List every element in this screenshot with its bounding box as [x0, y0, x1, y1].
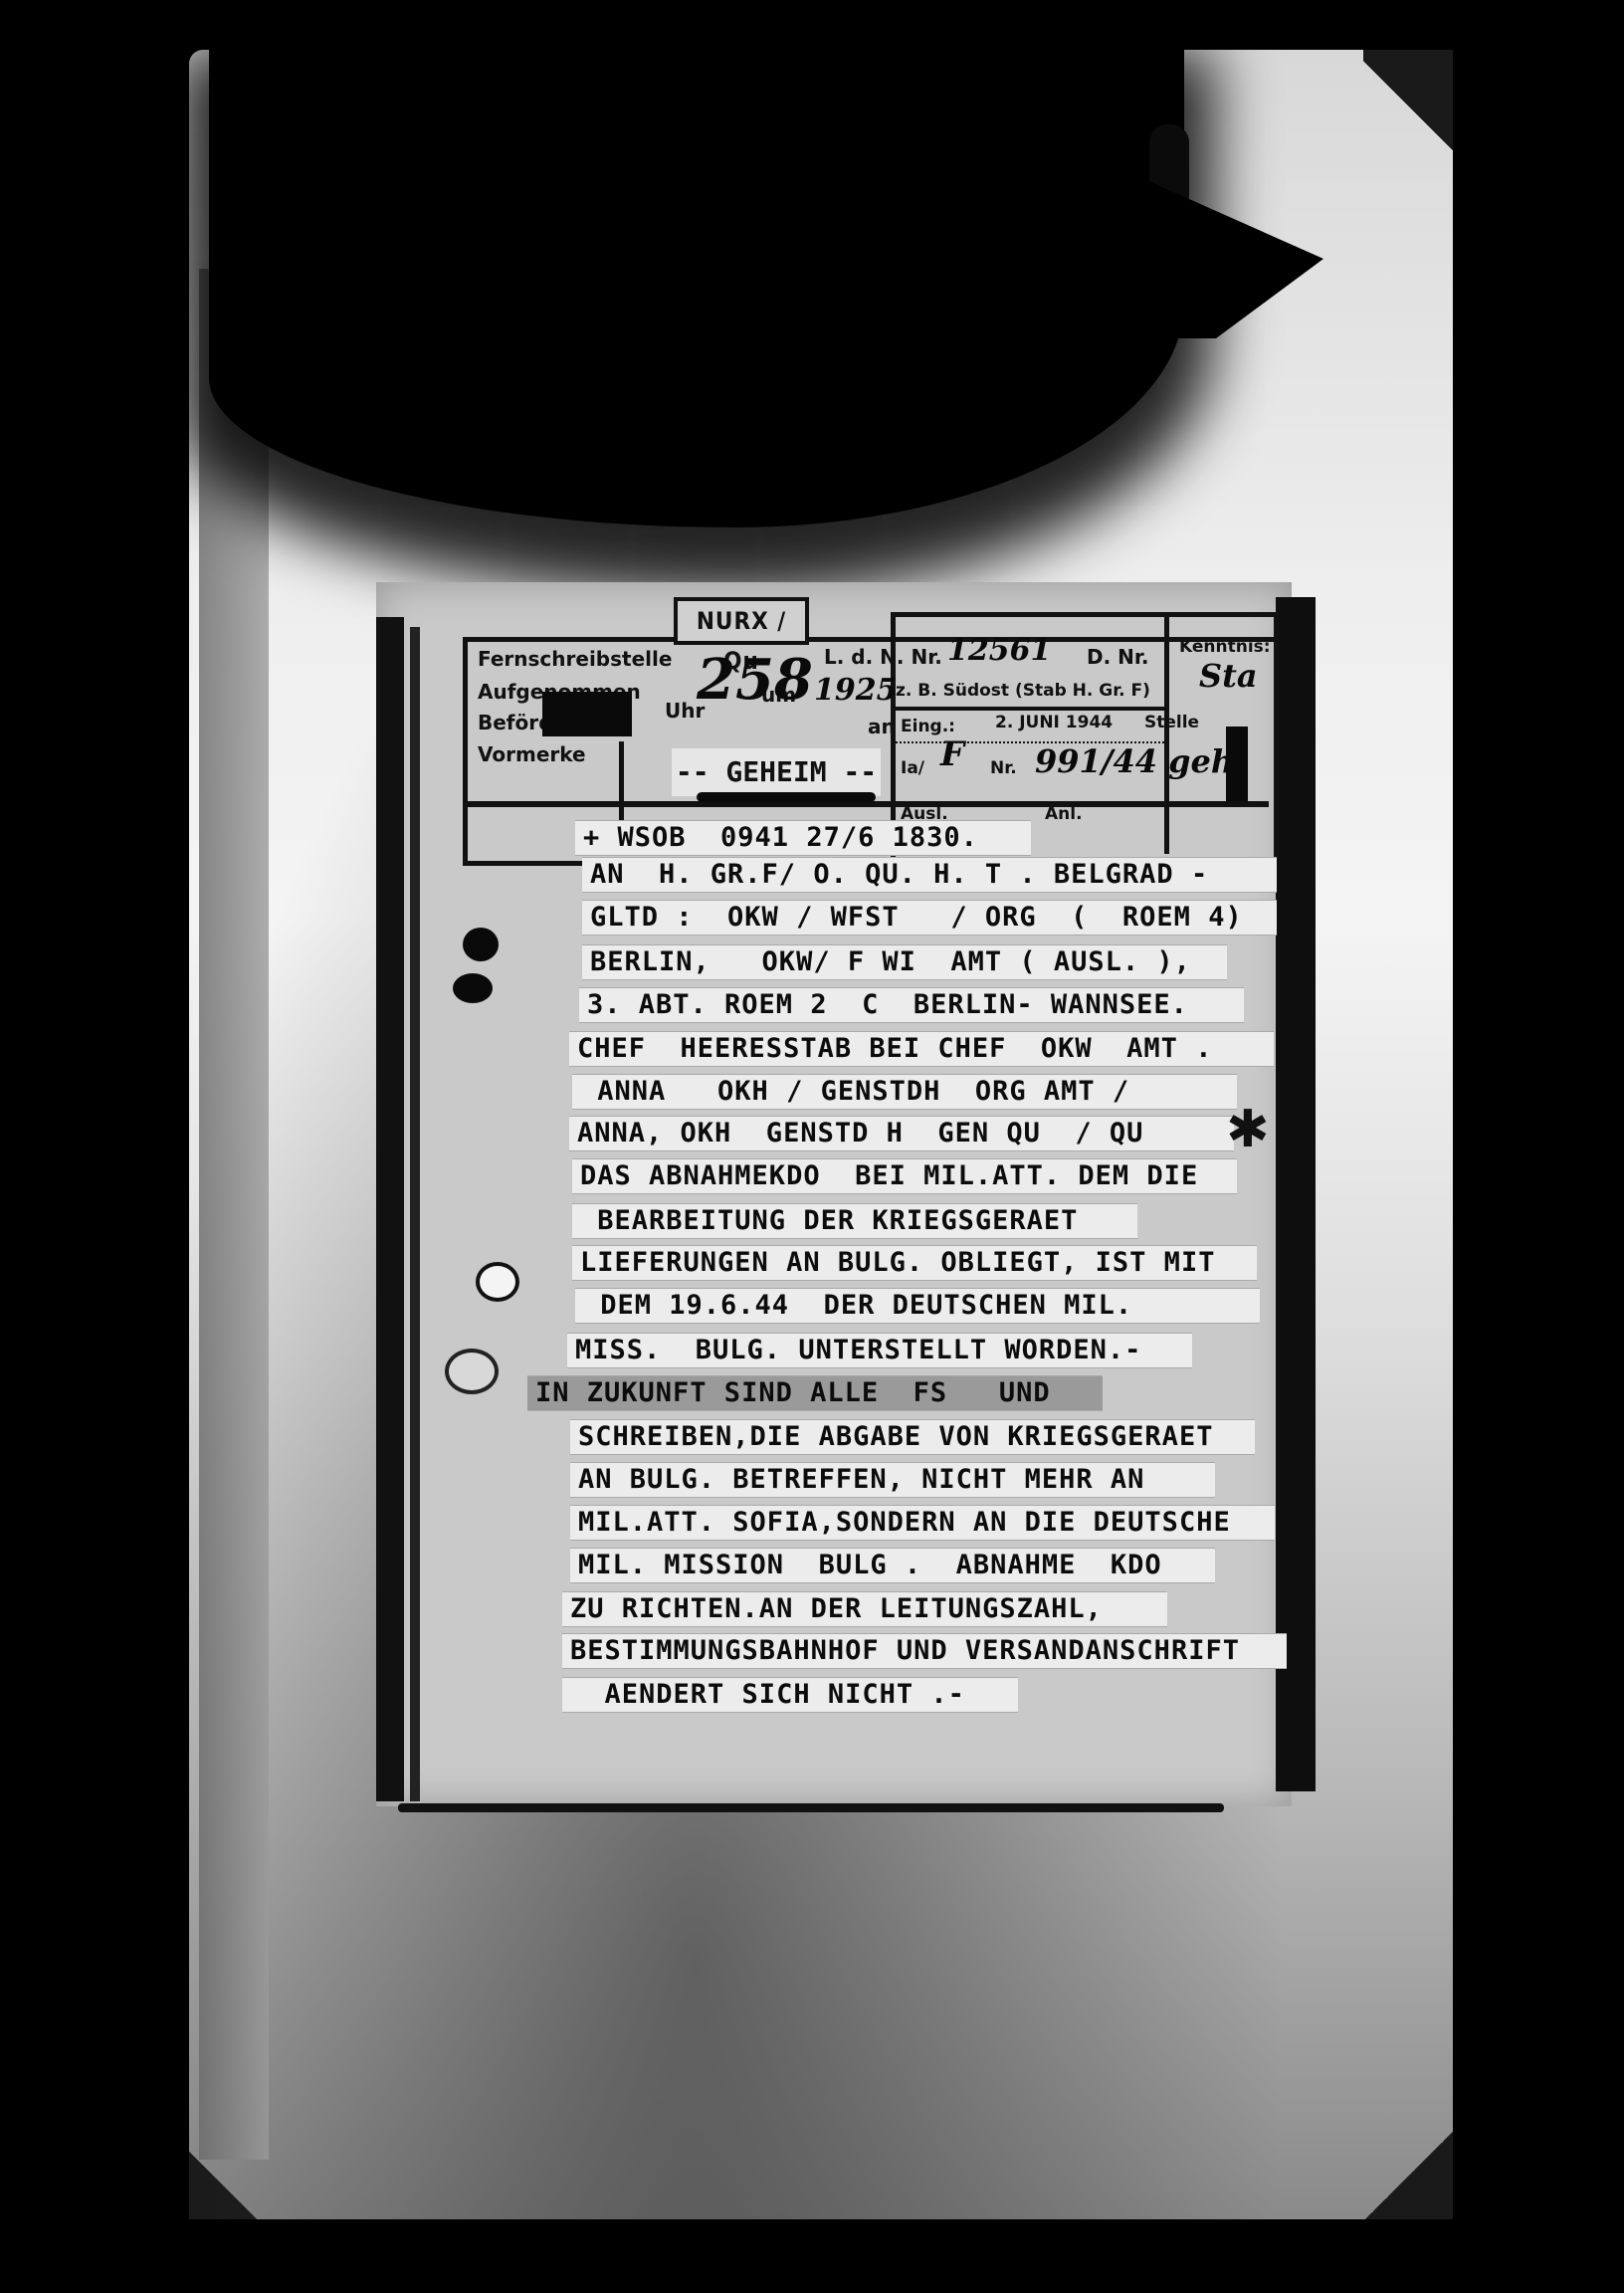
- message-line: SCHREIBEN,DIE ABGABE VON KRIEGSGERAET: [570, 1420, 1255, 1454]
- label-ia: Ia/: [901, 758, 924, 778]
- asterisk-mark: ✱: [1226, 1100, 1270, 1159]
- folder-corner: [1363, 50, 1453, 249]
- sheet-edge: [1276, 597, 1316, 1791]
- handwritten-ia-ref: F: [940, 734, 964, 774]
- label-ld-n-nr: L. d. N. Nr.: [824, 645, 942, 669]
- message-line: ANNA, OKH GENSTD H GEN QU / QU: [569, 1117, 1234, 1150]
- message-line: MIL.ATT. SOFIA,SONDERN AN DIE DEUTSCHE: [570, 1506, 1275, 1540]
- message-line: ANNA OKH / GENSTDH ORG AMT /: [572, 1075, 1237, 1109]
- message-line: ZU RICHTEN.AN DER LEITUNGSZAHL,: [562, 1592, 1167, 1626]
- label-stelle: Stelle: [1144, 713, 1199, 732]
- hand-shadow: [249, 40, 418, 219]
- underline-mark: [697, 792, 876, 802]
- handwritten-ld-number: 12561: [947, 633, 1051, 668]
- message-line: MISS. BULG. UNTERSTELLT WORDEN.-: [567, 1334, 1192, 1367]
- sheet-edge: [376, 617, 404, 1801]
- punch-hole: [453, 973, 493, 1003]
- stamp-overprint: [542, 692, 632, 736]
- punch-hole: [476, 1262, 519, 1302]
- message-line: GLTD : OKW / WFST / ORG ( ROEM 4): [582, 901, 1277, 935]
- handwritten-time: 1925: [814, 673, 898, 708]
- message-line: LIEFERUNGEN AN BULG. OBLIEGT, IST MIT: [572, 1246, 1257, 1280]
- punch-hole: [463, 928, 499, 961]
- message-line: AN BULG. BETREFFEN, NICHT MEHR AN: [570, 1463, 1215, 1497]
- label-office: Fernschreibstelle: [478, 647, 672, 671]
- message-line: BESTIMMUNGSBAHNHOF UND VERSANDANSCHRIFT: [562, 1634, 1287, 1668]
- handwritten-reference-number: 991/44 geh.: [1035, 742, 1245, 780]
- message-line: + WSOB 0941 27/6 1830.: [575, 821, 1031, 855]
- folder-corner: [1353, 2100, 1453, 2219]
- sheet-bottom-edge: [398, 1803, 1224, 1812]
- ink-mark: [1226, 727, 1248, 804]
- punch-hole-torn: [445, 1349, 499, 1394]
- form-rule: [896, 707, 1164, 711]
- message-line: 3. ABT. ROEM 2 C BERLIN- WANNSEE.: [579, 988, 1244, 1022]
- label-remarks: Vormerke: [478, 742, 586, 766]
- message-line: AN H. GR.F/ O. QU. H. T . BELGRAD -: [582, 858, 1277, 892]
- label-kenntnis: Kenntnis:: [1179, 637, 1271, 657]
- label-an: an: [868, 715, 896, 738]
- message-line: MIL. MISSION BULG . ABNAHME KDO: [570, 1549, 1215, 1582]
- classification-stamp: -- GEHEIM --: [672, 748, 881, 796]
- routing-stamp: NURX / Qu: [674, 597, 809, 645]
- handwritten-initials: Sta: [1199, 657, 1258, 695]
- message-line: AENDERT SICH NICHT .-: [562, 1678, 1018, 1712]
- message-line: BERLIN, OKW/ F WI AMT ( AUSL. ),: [582, 945, 1227, 979]
- hand-shadow: [517, 40, 562, 219]
- label-eing: Eing.:: [901, 717, 955, 736]
- message-line: CHEF HEERESSTAB BEI CHEF OKW AMT .: [569, 1032, 1274, 1066]
- message-line: IN ZUKUNFT SIND ALLE FS UND: [527, 1376, 1103, 1410]
- label-d-nr: D. Nr.: [1087, 645, 1149, 669]
- stamp-eing-date: 2. JUNI 1944: [995, 713, 1113, 732]
- message-line: DEM 19.6.44 DER DEUTSCHEN MIL.: [575, 1289, 1260, 1323]
- message-line: BEARBEITUNG DER KRIEGSGERAET: [572, 1204, 1137, 1238]
- handwritten-message-number: 258: [697, 647, 813, 713]
- sheet-edge: [410, 627, 420, 1801]
- label-anl: Anl.: [1045, 804, 1083, 824]
- label-nr: Nr.: [990, 758, 1017, 778]
- label-from-office: z. B. Südost (Stab H. Gr. F): [896, 681, 1150, 701]
- folder-spine-shadow: [199, 269, 269, 2160]
- message-line: DAS ABNAHMEKDO BEI MIL.ATT. DEM DIE: [572, 1159, 1237, 1193]
